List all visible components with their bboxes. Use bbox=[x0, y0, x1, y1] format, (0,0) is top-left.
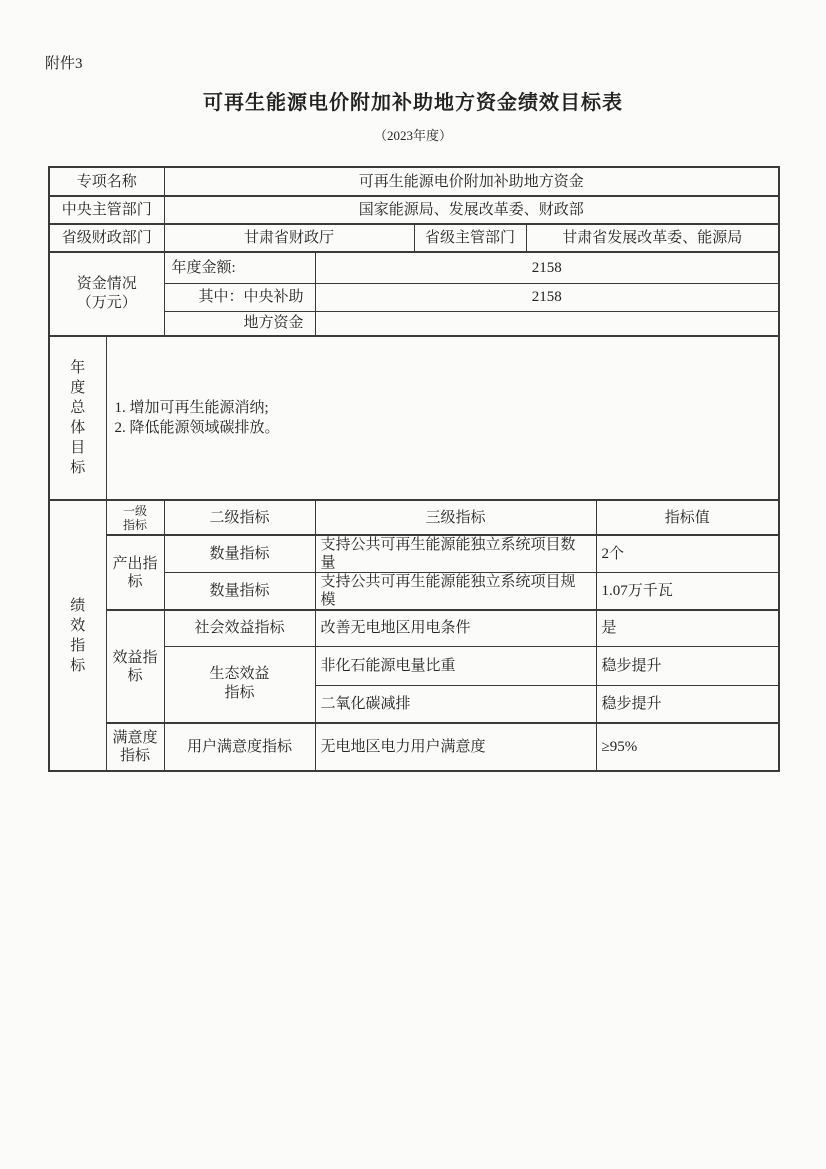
level1-satisfaction: 满意度指标 bbox=[106, 723, 164, 771]
level1-output: 产出指标 bbox=[106, 535, 164, 610]
central-dept-label: 中央主管部门 bbox=[49, 196, 164, 224]
value-user-satisfaction: ≥95% bbox=[596, 723, 779, 771]
row-output-1: 产出指标 数量指标 支持公共可再生能源能独立系统项目数量 2个 bbox=[49, 535, 779, 573]
document-subtitle: （2023年度） bbox=[48, 125, 778, 144]
prov-finance-value: 甘肃省财政厅 bbox=[164, 224, 414, 252]
level3-co2-reduction: 二氧化碳减排 bbox=[315, 685, 596, 723]
funds-central-value: 2158 bbox=[315, 283, 779, 311]
annual-goal-label-text: 年度总体目标 bbox=[70, 358, 86, 478]
funds-annual-label: 年度金额: bbox=[164, 252, 315, 283]
document-title: 可再生能源电价附加补助地方资金绩效目标表 bbox=[48, 86, 778, 115]
perf-label-text: 绩效指标 bbox=[70, 596, 86, 676]
row-satisfaction: 满意度指标 用户满意度指标 无电地区电力用户满意度 ≥95% bbox=[49, 723, 779, 771]
row-funds-annual: 资金情况（万元） 年度金额: 2158 bbox=[49, 252, 779, 283]
value-project-count: 2个 bbox=[596, 535, 779, 573]
row-indicator-header: 绩效指标 一级指标 二级指标 三级指标 指标值 bbox=[49, 500, 779, 535]
row-provincial-depts: 省级财政部门 甘肃省财政厅 省级主管部门 甘肃省发展改革委、能源局 bbox=[49, 224, 779, 252]
level2-eco-benefit-text: 生态效益指标 bbox=[207, 665, 273, 703]
level3-power-access: 改善无电地区用电条件 bbox=[315, 610, 596, 646]
annual-goal-content: 1. 增加可再生能源消纳; 2. 降低能源领域碳排放。 bbox=[106, 336, 779, 500]
level3-project-scale: 支持公共可再生能源能独立系统项目规模 bbox=[315, 573, 596, 611]
header-level1: 一级指标 bbox=[106, 500, 164, 535]
level3-nonfossil-share: 非化石能源电量比重 bbox=[315, 646, 596, 685]
prov-finance-label: 省级财政部门 bbox=[49, 224, 164, 252]
perf-label: 绩效指标 bbox=[49, 500, 106, 771]
row-annual-goal: 年度总体目标 1. 增加可再生能源消纳; 2. 降低能源领域碳排放。 bbox=[49, 336, 779, 500]
prov-dept-value: 甘肃省发展改革委、能源局 bbox=[526, 224, 779, 252]
value-nonfossil-share: 稳步提升 bbox=[596, 646, 779, 685]
value-co2-reduction: 稳步提升 bbox=[596, 685, 779, 723]
level3-user-satisfaction: 无电地区电力用户满意度 bbox=[315, 723, 596, 771]
row-central-dept: 中央主管部门 国家能源局、发展改革委、财政部 bbox=[49, 196, 779, 224]
funds-local-label: 地方资金 bbox=[164, 311, 315, 336]
funds-label-text: 资金情况（万元） bbox=[76, 275, 138, 313]
funds-annual-value: 2158 bbox=[315, 252, 779, 283]
annual-goal-line-1: 1. 增加可再生能源消纳; bbox=[115, 398, 775, 418]
level2-quantity-1: 数量指标 bbox=[164, 535, 315, 573]
document-page: 附件3 可再生能源电价附加补助地方资金绩效目标表 （2023年度） 专项名称 可… bbox=[0, 0, 826, 1169]
central-dept-value: 国家能源局、发展改革委、财政部 bbox=[164, 196, 779, 224]
performance-target-table: 专项名称 可再生能源电价附加补助地方资金 中央主管部门 国家能源局、发展改革委、… bbox=[48, 166, 780, 772]
funds-central-label: 其中：中央补助 bbox=[164, 283, 315, 311]
value-power-access: 是 bbox=[596, 610, 779, 646]
header-level3: 三级指标 bbox=[315, 500, 596, 535]
annual-goal-line-2: 2. 降低能源领域碳排放。 bbox=[115, 418, 775, 438]
funds-local-value bbox=[315, 311, 779, 336]
header-level1-text: 一级指标 bbox=[122, 504, 148, 532]
row-benefit-social: 效益指标 社会效益指标 改善无电地区用电条件 是 bbox=[49, 610, 779, 646]
funds-label: 资金情况（万元） bbox=[49, 252, 164, 336]
annual-goal-label: 年度总体目标 bbox=[49, 336, 106, 500]
level2-social-benefit: 社会效益指标 bbox=[164, 610, 315, 646]
header-level2: 二级指标 bbox=[164, 500, 315, 535]
value-project-scale: 1.07万千瓦 bbox=[596, 573, 779, 611]
header-value: 指标值 bbox=[596, 500, 779, 535]
level3-project-count: 支持公共可再生能源能独立系统项目数量 bbox=[315, 535, 596, 573]
level1-benefit: 效益指标 bbox=[106, 610, 164, 723]
prov-dept-label: 省级主管部门 bbox=[414, 224, 526, 252]
level2-user-satisfaction: 用户满意度指标 bbox=[164, 723, 315, 771]
project-name-value: 可再生能源电价附加补助地方资金 bbox=[164, 167, 779, 196]
row-project-name: 专项名称 可再生能源电价附加补助地方资金 bbox=[49, 167, 779, 196]
project-name-label: 专项名称 bbox=[49, 167, 164, 196]
level2-quantity-2: 数量指标 bbox=[164, 573, 315, 611]
attachment-label: 附件3 bbox=[45, 52, 83, 73]
level2-eco-benefit: 生态效益指标 bbox=[164, 646, 315, 723]
